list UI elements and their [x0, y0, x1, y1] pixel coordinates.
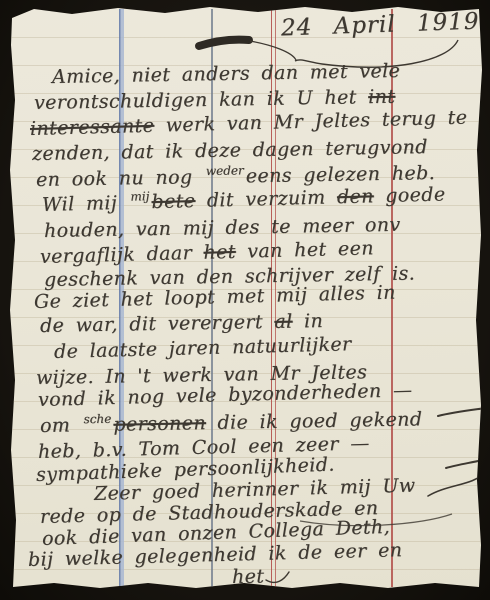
struck-text: al	[274, 311, 293, 333]
struck-text: bete	[151, 190, 195, 213]
text-segment: Wil mij	[42, 192, 129, 216]
text-segment: in	[292, 310, 323, 333]
struck-text: interessante	[30, 115, 155, 140]
text-segment: de war, dit verergert	[40, 311, 275, 337]
inserted-text: weder	[206, 163, 244, 178]
text-segment: goede	[373, 183, 445, 207]
text-segment: het	[232, 565, 265, 588]
struck-text: het	[203, 241, 236, 264]
paper-sheet: 24 April 1919 Amice, niet anders dan met…	[0, 0, 490, 600]
struck-text: den	[337, 185, 374, 208]
text-segment: dit verzuim	[195, 186, 337, 212]
text-segment: en ook nu nog	[36, 166, 204, 191]
handwriting-line: het	[232, 565, 265, 588]
text-segment: om	[40, 414, 82, 437]
text-segment: van het een	[236, 237, 375, 263]
text-segment: vergaflijk daar	[40, 242, 204, 268]
struck-text: int	[368, 86, 396, 108]
scanned-letter: 24 April 1919 Amice, niet anders dan met…	[0, 0, 490, 600]
text-segment: die ik goed gekend	[206, 408, 423, 434]
inserted-text: sche	[83, 412, 111, 426]
struck-text: personen	[113, 412, 206, 436]
inserted-text: mij	[130, 189, 149, 203]
